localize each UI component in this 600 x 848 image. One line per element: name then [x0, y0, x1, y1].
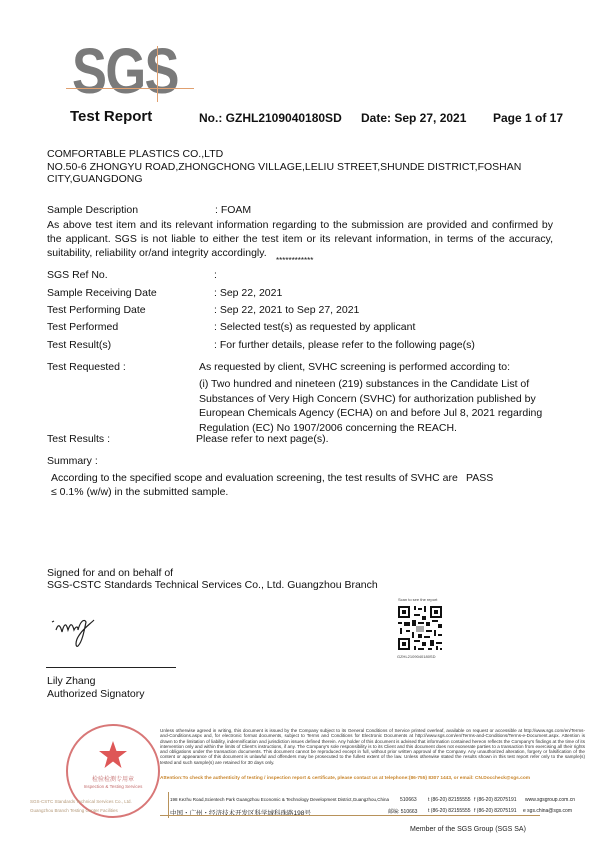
- field-value: : Sep 22, 2021 to Sep 27, 2021: [214, 304, 359, 316]
- email-link[interactable]: e sgs.china@sgs.com: [523, 808, 572, 814]
- sample-disclaimer: As above test item and its relevant info…: [47, 218, 553, 260]
- field-label: Sample Receiving Date: [47, 287, 157, 299]
- qr-caption-top: Scan to see the report: [398, 597, 437, 602]
- field-label: Test Performed: [47, 321, 118, 333]
- authenticity-notice: Attention:To check the authenticity of t…: [160, 776, 585, 782]
- summary-result: PASS: [466, 472, 493, 485]
- seal-center-cn: 检验检测专用章: [82, 774, 144, 783]
- phone-number: t (86-20) 82155555: [428, 797, 471, 803]
- logo-horizontal-rule: [66, 88, 194, 89]
- applicant-name: COMFORTABLE PLASTICS CO.,LTD: [47, 148, 223, 161]
- seal-center-en: Inspection & Testing Services: [76, 784, 150, 789]
- page-indicator: Page 1 of 17: [493, 111, 563, 125]
- summary-text-line1: According to the specified scope and eva…: [51, 472, 458, 485]
- test-requested-label: Test Requested :: [47, 361, 126, 374]
- logo-vertical-rule: [157, 46, 158, 102]
- field-value: : For further details, please refer to t…: [214, 339, 475, 351]
- test-results-value: Please refer to next page(s).: [196, 433, 329, 446]
- phone-number: t (86-20) 82155555: [428, 808, 471, 814]
- field-value: :: [214, 269, 217, 281]
- signatory-name: Lily Zhang: [47, 675, 95, 688]
- sample-description-label: Sample Description: [47, 204, 138, 216]
- address-english: 198 Kezhu Road,Scientech Park Guangzhou …: [170, 797, 389, 802]
- field-value: : Selected test(s) as requested by appli…: [214, 321, 415, 333]
- signed-on-behalf-label: Signed for and on behalf of: [47, 567, 173, 580]
- star-icon: [98, 740, 128, 770]
- qr-code-block[interactable]: Scan to see the report GZHL2109040180SD: [392, 597, 448, 661]
- handwritten-signature: [50, 612, 110, 657]
- qr-caption-bottom: GZHL2109040180SD: [397, 654, 435, 659]
- sgs-logo-text: SGS: [72, 34, 178, 108]
- signature-line: [46, 667, 176, 668]
- fax-number: f (86-20) 82075191: [474, 797, 517, 803]
- section-separator: ************: [276, 256, 313, 265]
- field-label: SGS Ref No.: [47, 269, 108, 281]
- sgs-logo: SGS: [66, 42, 176, 102]
- postcode-english: 510663: [400, 797, 417, 803]
- seal-side-line2: Guangzhou Branch Testing Center Faciliti…: [30, 808, 118, 813]
- member-of-group: Member of the SGS Group (SGS SA): [410, 826, 526, 833]
- report-title: Test Report: [70, 108, 152, 125]
- website-link[interactable]: www.sgsgroup.com.cn: [525, 797, 575, 803]
- summary-label: Summary :: [47, 455, 98, 468]
- terms-fine-print: Unless otherwise agreed in writing, this…: [160, 728, 585, 765]
- fax-number: f (86-20) 82075191: [474, 808, 517, 814]
- field-label: Test Result(s): [47, 339, 111, 351]
- summary-text-line2: ≤ 0.1% (w/w) in the submitted sample.: [51, 486, 228, 499]
- field-label: Test Performing Date: [47, 304, 146, 316]
- report-number: No.: GZHL2109040180SD: [199, 111, 342, 125]
- address-divider: [160, 815, 540, 816]
- field-value: : Sep 22, 2021: [214, 287, 282, 299]
- applicant-address-line2: CITY,GUANGDONG: [47, 173, 142, 186]
- test-requested-line2: (i) Two hundred and nineteen (219) subst…: [199, 377, 559, 435]
- qr-code-icon: [396, 604, 444, 652]
- test-results-label: Test Results :: [47, 433, 110, 446]
- signatory-title: Authorized Signatory: [47, 688, 144, 701]
- report-date: Date: Sep 27, 2021: [361, 111, 466, 125]
- sample-description-value: : FOAM: [215, 204, 251, 216]
- postcode-chinese: 邮编: 510663: [388, 808, 417, 815]
- test-requested-line1: As requested by client, SVHC screening i…: [199, 361, 510, 374]
- signing-company: SGS-CSTC Standards Technical Services Co…: [47, 579, 378, 592]
- seal-side-line1: SGS-CSTC Standards Technical Services Co…: [30, 799, 132, 804]
- applicant-address-line1: NO.50-6 ZHONGYU ROAD,ZHONGCHONG VILLAGE,…: [47, 161, 521, 174]
